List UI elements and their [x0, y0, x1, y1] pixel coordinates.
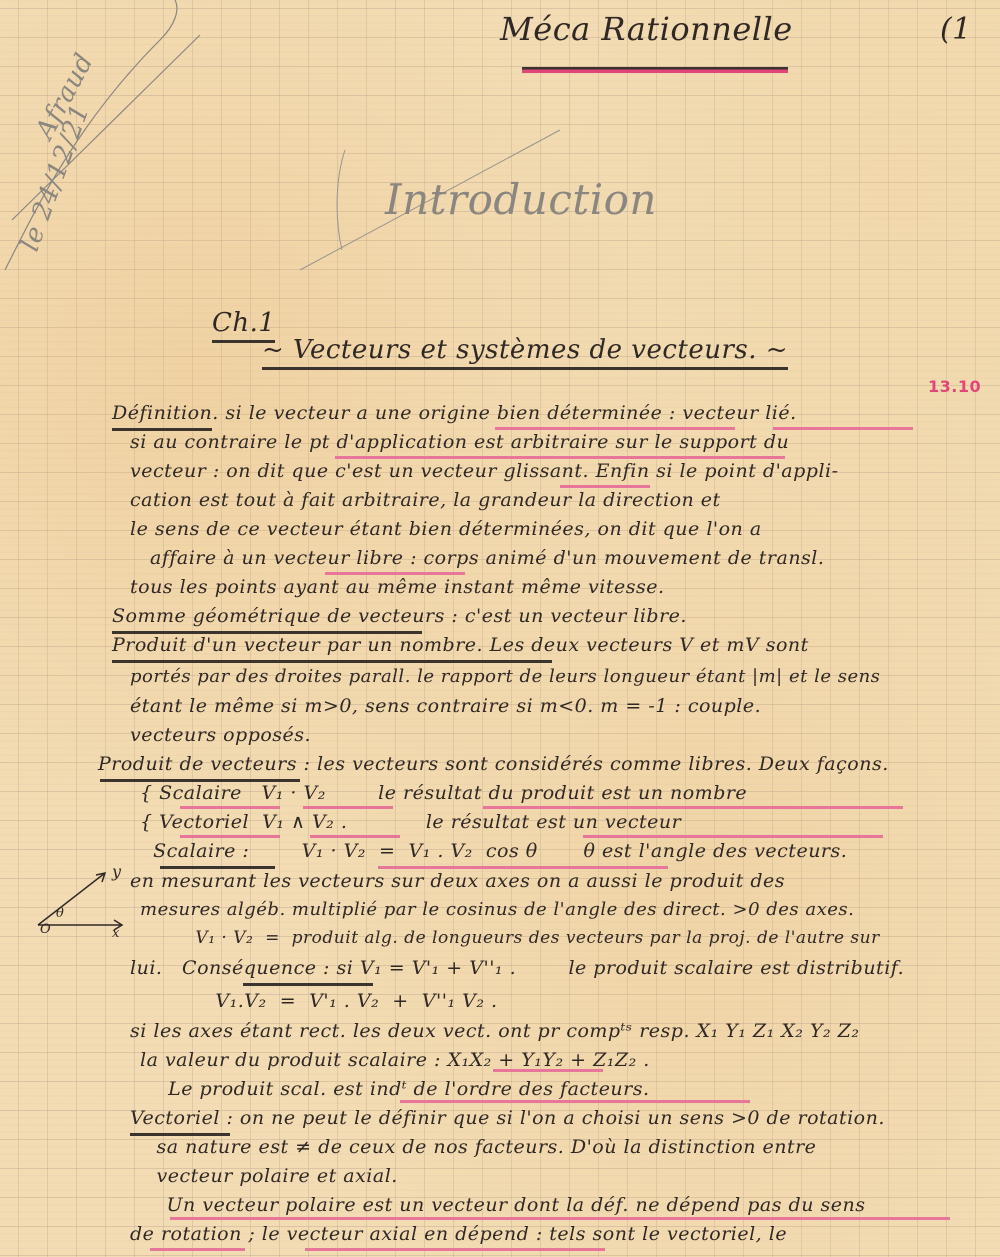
red-underline: [310, 835, 400, 838]
text-line: Produit de vecteurs : les vecteurs sont …: [98, 753, 889, 775]
underline-produit: [112, 660, 552, 663]
red-underline: [325, 572, 465, 575]
text-line: mesures algéb. multiplié par le cosinus …: [140, 899, 854, 920]
text-line: vecteur polaire et axial.: [150, 1165, 398, 1187]
text-line: { Scalaire V₁ · V₂ le résultat du produi…: [140, 782, 747, 804]
red-underline: [180, 835, 280, 838]
pencil-strokes: [0, 0, 1000, 320]
red-underline: [560, 485, 650, 488]
underline-produit-vecteurs: [100, 779, 300, 782]
text-line: V₁ · V₂ = produit alg. de longueurs des …: [160, 928, 880, 948]
text-line: { Vectoriel V₁ ∧ V₂ . le résultat est un…: [140, 811, 681, 833]
underline-scalaire: [160, 866, 275, 869]
red-underline: [335, 456, 785, 459]
text-line: tous les points ayant au même instant mê…: [130, 576, 665, 598]
text-line: la valeur du produit scalaire : X₁X₂ + Y…: [140, 1049, 650, 1071]
y-axis-label: y: [112, 862, 122, 881]
text-line: V₁.V₂ = V'₁ . V₂ + V''₁ V₂ .: [150, 990, 498, 1012]
red-underline: [483, 806, 903, 809]
text-line: en mesurant les vecteurs sur deux axes o…: [130, 870, 785, 892]
text-line: Somme géométrique de vecteurs : c'est un…: [112, 605, 687, 627]
underline-consequence: [243, 983, 373, 986]
red-underline: [493, 1069, 603, 1072]
text-line: étant le même si m>0, sens contraire si …: [130, 695, 761, 717]
red-underline: [773, 427, 913, 430]
text-line: Un vecteur polaire est un vecteur dont l…: [160, 1194, 865, 1216]
text-line: affaire à un vecteur libre : corps animé…: [150, 547, 824, 569]
page-number: (1: [940, 12, 972, 47]
red-underline: [180, 806, 280, 809]
x-axis-label: x: [112, 926, 120, 941]
text-line: Le produit scal. est indᵗ de l'ordre des…: [155, 1078, 650, 1100]
text-line: le sens de ce vecteur étant bien détermi…: [130, 518, 762, 540]
text-line: Définition. si le vecteur a une origine …: [112, 402, 797, 424]
red-underline: [400, 1100, 750, 1103]
underline-somme: [112, 631, 422, 634]
section-heading: Introduction: [385, 175, 657, 224]
underline-definition: [112, 428, 212, 431]
origin-label: O: [40, 922, 51, 937]
text-line: sa nature est ≠ de ceux de nos facteurs.…: [150, 1136, 816, 1158]
title-underline: [522, 67, 788, 73]
red-underline: [305, 1248, 605, 1251]
text-line: vecteurs opposés.: [130, 724, 311, 746]
angle-label: θ: [56, 906, 64, 921]
margin-date-annotation: 13.10: [928, 377, 981, 396]
text-line: Produit d'un vecteur par un nombre. Les …: [112, 634, 809, 656]
red-underline: [583, 835, 883, 838]
red-underline: [303, 806, 393, 809]
red-underline: [170, 1217, 950, 1220]
text-line: si au contraire le pt d'application est …: [130, 431, 789, 453]
text-line: cation est tout à fait arbitraire, la gr…: [130, 489, 721, 511]
text-line: Vectoriel : on ne peut le définir que si…: [130, 1107, 885, 1129]
text-line: vecteur : on dit que c'est un vecteur gl…: [130, 460, 839, 482]
underline-vectoriel: [130, 1133, 230, 1136]
text-line: si les axes étant rect. les deux vect. o…: [130, 1020, 859, 1042]
text-line: portés par des droites parall. le rappor…: [130, 666, 880, 687]
text-line: Scalaire : V₁ · V₂ = V₁ . V₂ cos θ θ est…: [140, 840, 847, 862]
text-line: de rotation ; le vecteur axial en dépend…: [130, 1223, 787, 1245]
red-underline: [378, 866, 668, 869]
red-underline: [495, 427, 735, 430]
chapter-title: ~ Vecteurs et systèmes de vecteurs. ~: [262, 335, 788, 370]
red-underline: [150, 1248, 245, 1251]
course-title: Méca Rationnelle: [500, 10, 793, 48]
text-line: lui. Conséquence : si V₁ = V'₁ + V''₁ . …: [130, 957, 904, 979]
